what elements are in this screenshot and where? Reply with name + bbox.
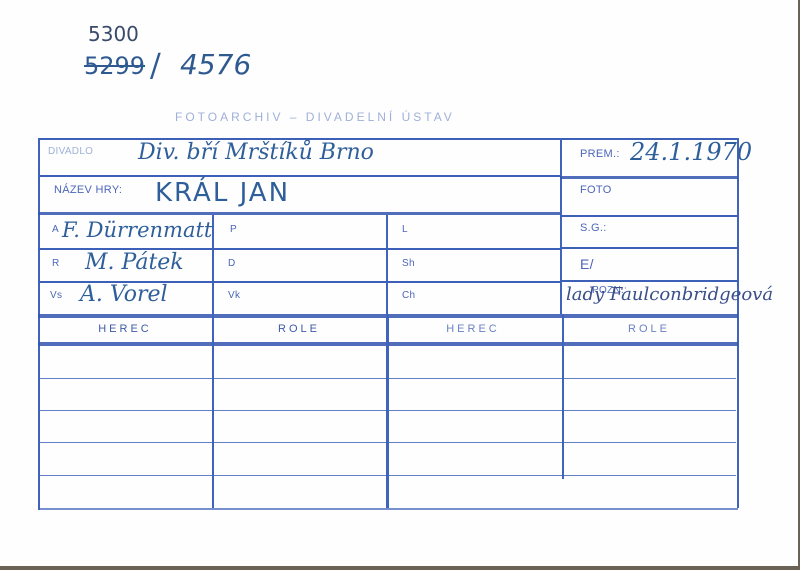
designer-value: A. Vorel [80, 282, 168, 307]
d-label: D [228, 258, 236, 269]
p-label: P [230, 224, 237, 235]
premiere-value: 24.1.1970 [630, 138, 752, 166]
author-label: A [52, 224, 59, 235]
cast-col-divider-1 [212, 314, 214, 508]
title-label: NÁZEV HRY: [54, 184, 122, 196]
cast-col-divider-2 [386, 314, 389, 508]
note-value: lady Faulconbridgeová [566, 284, 773, 305]
e-label: E/ [580, 256, 594, 272]
number-separator: / [150, 46, 161, 84]
title-value: KRÁL JAN [155, 178, 290, 208]
premiere-label: PREM.: [580, 148, 620, 160]
cast-col-divider-3 [562, 314, 564, 479]
divider-e [560, 280, 738, 282]
vk-label: Vk [228, 290, 240, 301]
director-label: R [52, 258, 60, 269]
l-label: L [402, 224, 408, 235]
theatre-label: DIVADLO [48, 146, 93, 157]
theatre-value: Div. bří Mrštíků Brno [138, 140, 374, 165]
cast-row-divider-3 [40, 442, 736, 443]
cast-row-divider-1 [40, 378, 736, 379]
archive-card: 5300 5299 / 4576 FOTOARCHIV – DIVADELNÍ … [0, 0, 798, 566]
frame-bottom [38, 508, 738, 510]
author-value: F. Dürrenmatt [62, 218, 212, 242]
credits-col2-divider [386, 215, 388, 315]
divider-sg [560, 247, 738, 249]
sg-label: S.G.: [580, 222, 607, 234]
right-column-divider [560, 138, 562, 314]
ch-label: Ch [402, 290, 415, 301]
cast-header-actor-1: HEREC [38, 323, 212, 335]
cast-header-role-2: ROLE [560, 323, 738, 335]
photo-label: FOTO [580, 184, 612, 196]
cast-header-actor-2: HEREC [386, 323, 560, 335]
number-main: 4576 [180, 48, 251, 81]
divider-row2-right [560, 215, 738, 217]
sh-label: Sh [402, 258, 415, 269]
archive-header: FOTOARCHIV – DIVADELNÍ ÚSTAV [175, 110, 455, 124]
designer-label: Vs [50, 290, 62, 301]
cast-row-divider-4 [40, 475, 736, 476]
divider-row1 [38, 175, 560, 177]
number-struck: 5299 [84, 52, 145, 80]
cast-row-divider-2 [40, 410, 736, 411]
divider-row2 [38, 212, 560, 215]
cast-header-role-1: ROLE [212, 323, 386, 335]
director-value: M. Pátek [85, 250, 184, 275]
divider-row1-right [560, 176, 738, 179]
number-top: 5300 [88, 22, 139, 46]
